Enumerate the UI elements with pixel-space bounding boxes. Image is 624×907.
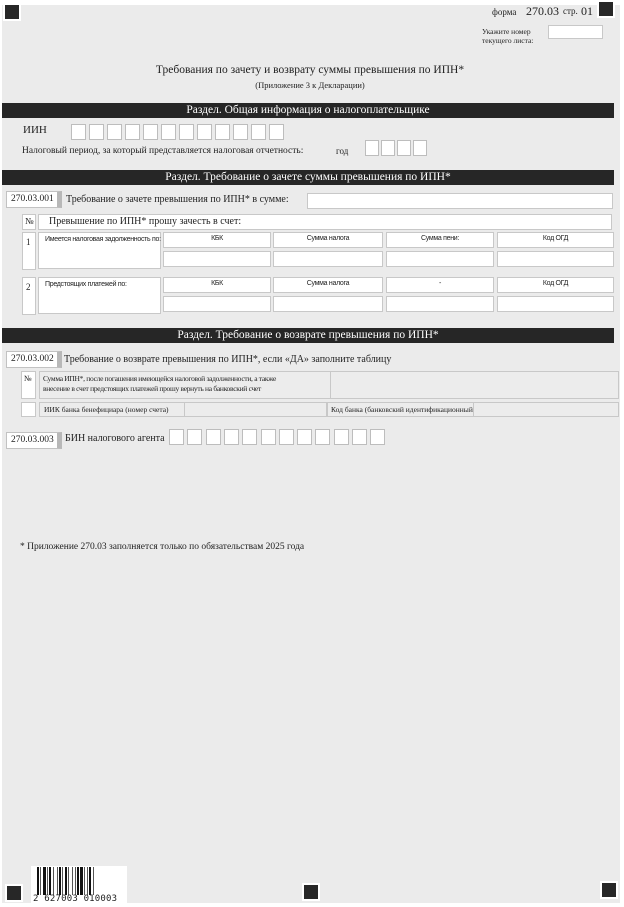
field-code-270-03-003: 270.03.003 bbox=[6, 432, 62, 449]
digit-cell[interactable] bbox=[206, 429, 221, 445]
row-description: Предстоящих платежей по: bbox=[45, 281, 127, 288]
digit-cell[interactable] bbox=[242, 429, 257, 445]
refund-label: Требование о возврате превышения по ИПН*… bbox=[64, 354, 391, 365]
digit-cell[interactable] bbox=[315, 429, 330, 445]
digit-cell[interactable] bbox=[370, 429, 385, 445]
refund-text: Сумма ИПН*, после погашения имеющейся на… bbox=[43, 374, 303, 394]
digit-cell[interactable] bbox=[365, 140, 379, 156]
offset-value-input[interactable] bbox=[497, 251, 614, 267]
form-number: 270.03 bbox=[526, 4, 559, 19]
digit-cell[interactable] bbox=[125, 124, 140, 140]
page-label: стр. bbox=[563, 6, 578, 16]
footnote: * Приложение 270.03 заполняется только п… bbox=[20, 542, 304, 552]
corner-marker-top-left bbox=[3, 3, 21, 21]
offset-column-header: Код ОГД bbox=[497, 232, 614, 248]
column-header-label: Сумма налога bbox=[274, 278, 382, 290]
digit-cell[interactable] bbox=[107, 124, 122, 140]
refund-no-cell: № bbox=[21, 371, 36, 399]
bank-code-label-cell: Код банка (банковский идентификационный … bbox=[327, 402, 474, 417]
column-header-label: - bbox=[387, 278, 493, 290]
digit-cell[interactable] bbox=[197, 124, 212, 140]
no-label: № bbox=[25, 216, 34, 226]
page-number: 01 bbox=[581, 4, 593, 19]
iik-label-cell: ИИК банка бенефициара (номер счета) bbox=[39, 402, 185, 417]
section-header-offset: Раздел. Требование о зачете суммы превыш… bbox=[2, 170, 614, 185]
digit-cell[interactable] bbox=[224, 429, 239, 445]
offset-row-description: Имеется налоговая задолженность по: bbox=[38, 232, 161, 269]
iik-input[interactable] bbox=[184, 402, 327, 417]
field-code-270-03-001: 270.03.001 bbox=[6, 191, 62, 208]
digit-cell[interactable] bbox=[187, 429, 202, 445]
offset-row-description: Предстоящих платежей по: bbox=[38, 277, 161, 314]
bank-code-label: Код банка (банковский идентификационный … bbox=[331, 405, 488, 414]
row-description: Имеется налоговая задолженность по: bbox=[45, 236, 161, 243]
refund-text-cell: Сумма ИПН*, после погашения имеющейся на… bbox=[39, 371, 331, 399]
digit-cell[interactable] bbox=[71, 124, 86, 140]
corner-marker-bottom-left bbox=[5, 884, 23, 902]
digit-cell[interactable] bbox=[161, 124, 176, 140]
digit-cell[interactable] bbox=[143, 124, 158, 140]
section-header-general: Раздел. Общая информация о налогоплатель… bbox=[2, 103, 614, 118]
digit-cell[interactable] bbox=[215, 124, 230, 140]
column-header-label: КБК bbox=[164, 278, 270, 290]
corner-marker-top-right bbox=[597, 0, 615, 18]
row-number: 1 bbox=[26, 237, 31, 247]
corner-marker-bottom-right bbox=[600, 881, 618, 899]
sheet-label: Укажите номер текущего листа: bbox=[482, 27, 544, 45]
column-header-label: Код ОГД bbox=[498, 233, 613, 245]
offset-amount-input[interactable] bbox=[307, 193, 613, 209]
column-header-label: Код ОГД bbox=[498, 278, 613, 290]
digit-cell[interactable] bbox=[413, 140, 427, 156]
digit-cell[interactable] bbox=[397, 140, 411, 156]
offset-value-input[interactable] bbox=[163, 296, 271, 312]
digit-cell[interactable] bbox=[89, 124, 104, 140]
iik-label: ИИК банка бенефициара (номер счета) bbox=[44, 405, 169, 414]
row-number: 2 bbox=[26, 282, 31, 292]
offset-column-header: КБК bbox=[163, 277, 271, 293]
digit-cell[interactable] bbox=[233, 124, 248, 140]
form-title: Требования по зачету и возврату суммы пр… bbox=[100, 63, 520, 77]
digit-cell[interactable] bbox=[269, 124, 284, 140]
iin-label: ИИН bbox=[23, 124, 47, 136]
field-code-270-03-002: 270.03.002 bbox=[6, 351, 62, 368]
period-label: Налоговый период, за который представляе… bbox=[22, 146, 303, 156]
barcode: 2 627003 010003 bbox=[31, 866, 127, 906]
year-label: год bbox=[336, 146, 348, 156]
offset-column-header: КБК bbox=[163, 232, 271, 248]
offset-value-input[interactable] bbox=[273, 251, 383, 267]
offset-heading: Превышение по ИПН* прошу зачесть в счет: bbox=[49, 216, 241, 227]
digit-cell[interactable] bbox=[251, 124, 266, 140]
digit-cell[interactable] bbox=[279, 429, 294, 445]
column-header-label: КБК bbox=[164, 233, 270, 245]
offset-value-input[interactable] bbox=[163, 251, 271, 267]
offset-value-input[interactable] bbox=[497, 296, 614, 312]
digit-cell[interactable] bbox=[334, 429, 349, 445]
offset-column-header: Код ОГД bbox=[497, 277, 614, 293]
column-header-label: Сумма пени: bbox=[387, 233, 493, 245]
bank-code-input[interactable] bbox=[473, 402, 619, 417]
offset-column-header: - bbox=[386, 277, 494, 293]
offset-row-number: 2 bbox=[22, 277, 36, 315]
offset-no-cell: № bbox=[22, 214, 36, 230]
digit-cell[interactable] bbox=[261, 429, 276, 445]
barcode-digits: 2 627003 010003 bbox=[33, 894, 117, 904]
corner-marker-bottom-mid bbox=[302, 883, 320, 901]
offset-value-input[interactable] bbox=[386, 251, 494, 267]
column-header-label: Сумма налога bbox=[274, 233, 382, 245]
offset-amount-label: Требование о зачете превышения по ИПН* в… bbox=[66, 194, 289, 205]
offset-column-header: Сумма налога bbox=[273, 277, 383, 293]
form-subtitle: (Приложение 3 к Декларации) bbox=[150, 78, 470, 92]
offset-value-input[interactable] bbox=[273, 296, 383, 312]
refund-amount-input[interactable] bbox=[330, 371, 619, 399]
digit-cell[interactable] bbox=[352, 429, 367, 445]
offset-column-header: Сумма пени: bbox=[386, 232, 494, 248]
section-header-refund: Раздел. Требование о возврате превышения… bbox=[2, 328, 614, 343]
digit-cell[interactable] bbox=[179, 124, 194, 140]
offset-heading-cell: Превышение по ИПН* прошу зачесть в счет: bbox=[38, 214, 612, 230]
agent-bin-label: БИН налогового агента bbox=[65, 433, 165, 444]
offset-column-header: Сумма налога bbox=[273, 232, 383, 248]
form-label: форма bbox=[492, 7, 516, 17]
no-label: № bbox=[24, 374, 32, 383]
refund-checkbox[interactable] bbox=[21, 402, 36, 417]
digit-cell[interactable] bbox=[297, 429, 312, 445]
offset-value-input[interactable] bbox=[386, 296, 494, 312]
digit-cell[interactable] bbox=[381, 140, 395, 156]
digit-cell[interactable] bbox=[169, 429, 184, 445]
offset-row-number: 1 bbox=[22, 232, 36, 270]
sheet-number-input[interactable] bbox=[548, 25, 603, 39]
